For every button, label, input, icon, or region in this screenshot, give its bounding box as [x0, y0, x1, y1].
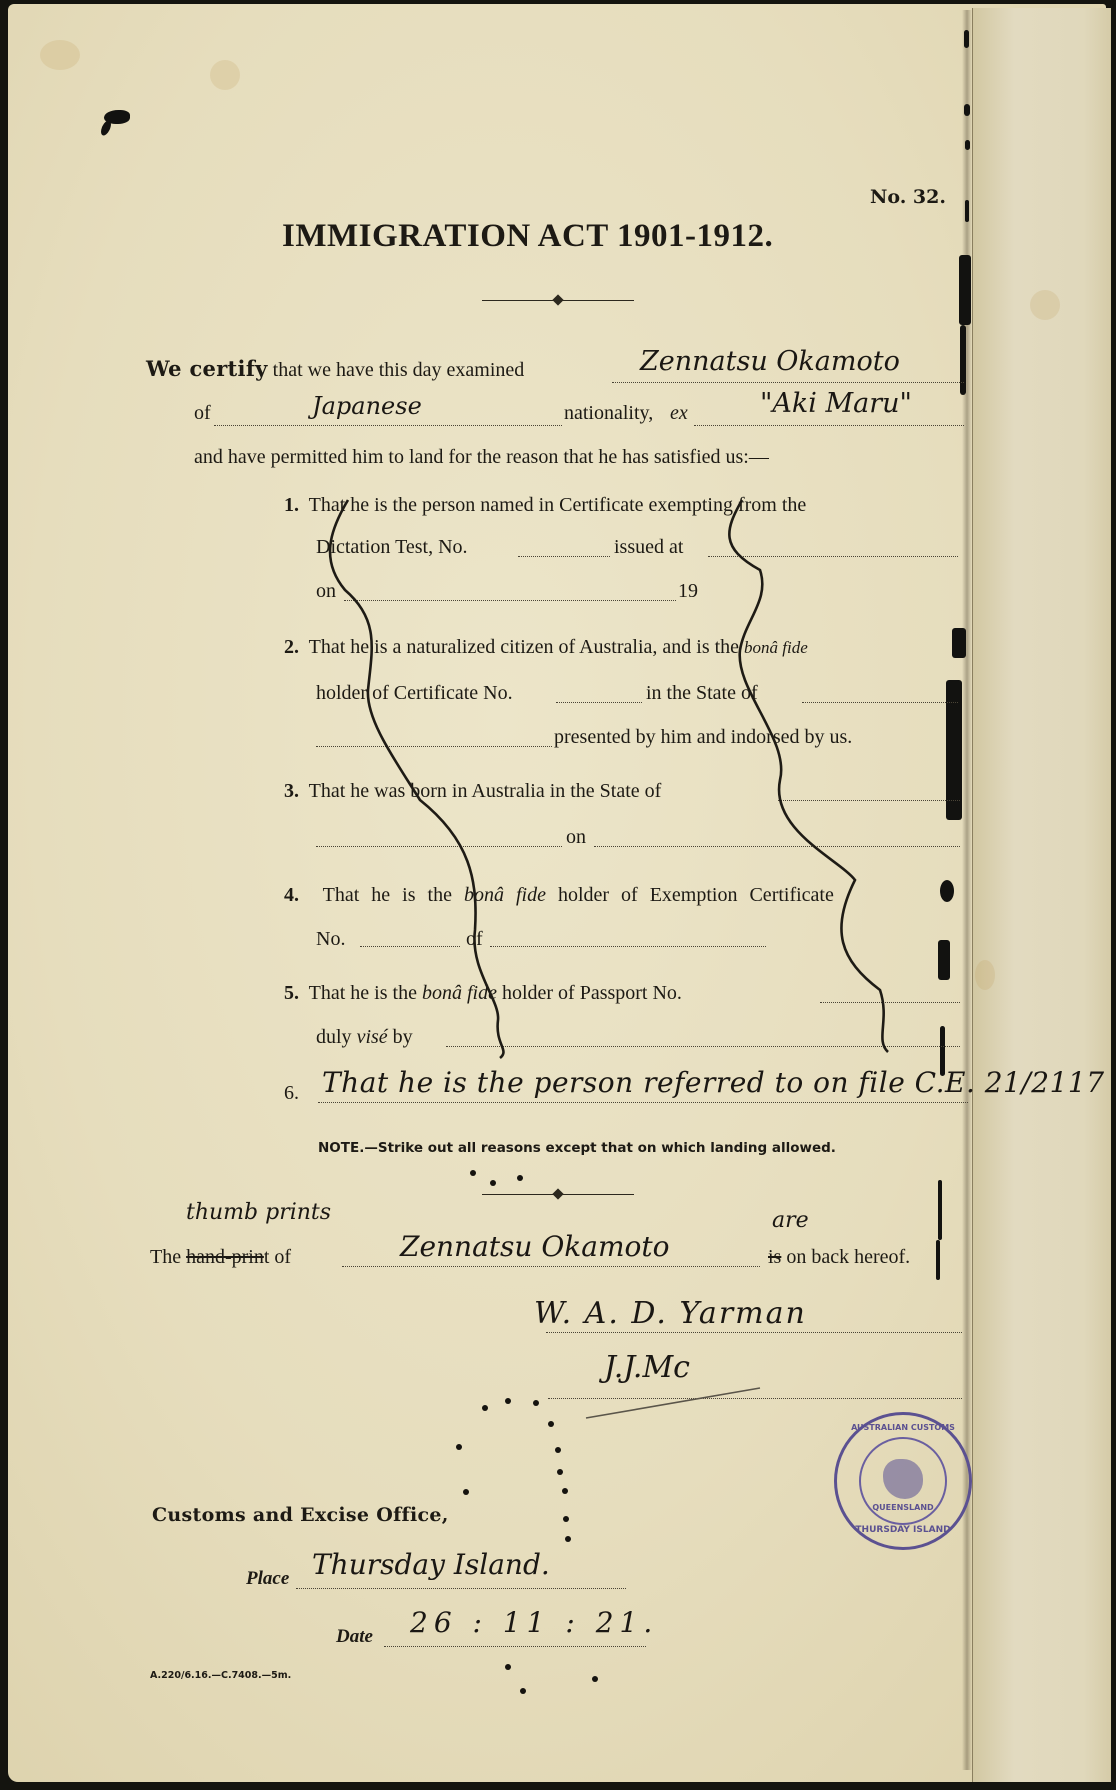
- strike-out-strokes: [0, 0, 1116, 1790]
- signature-flourish: [586, 1388, 760, 1418]
- strike-squiggle-left: [330, 500, 503, 1058]
- strike-squiggle-right: [729, 500, 888, 1052]
